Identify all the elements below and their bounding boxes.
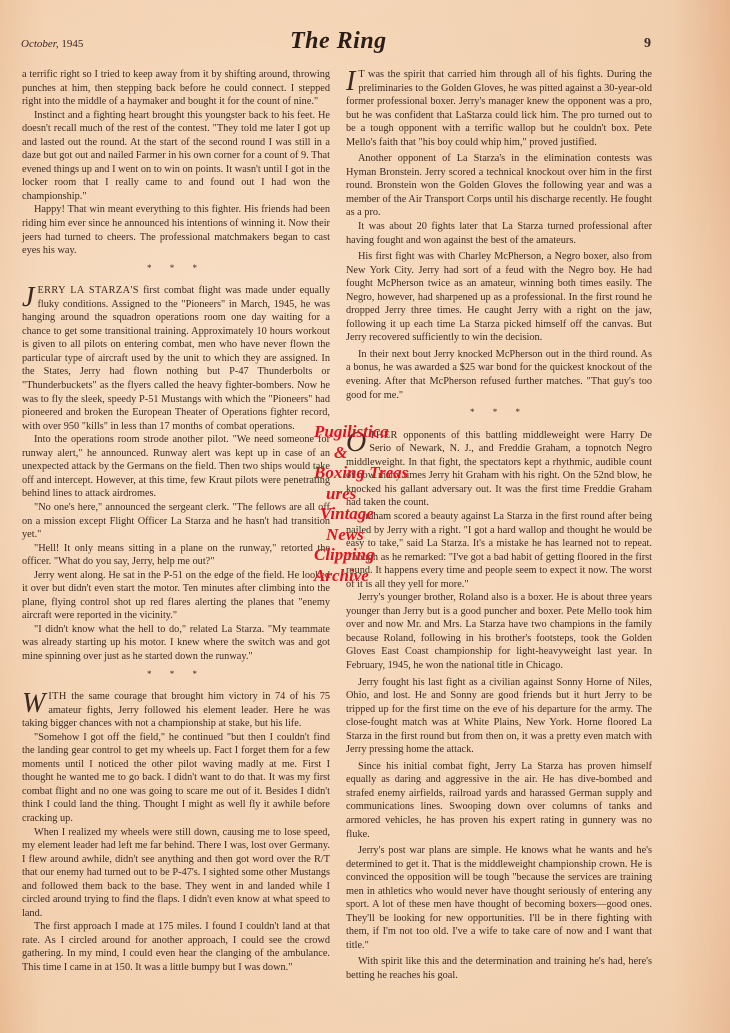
- lead-in-caps: ERRY LA STARZA'S: [37, 285, 138, 296]
- drop-cap: I: [346, 70, 355, 94]
- paragraph: When I realized my wheels were still dow…: [22, 826, 330, 921]
- paragraph: With spirit like this and the determinat…: [346, 955, 652, 982]
- paragraph: Jerry's post war plans are simple. He kn…: [346, 844, 652, 952]
- watermark-line: News: [314, 525, 424, 546]
- paragraph: "I didn't know what the hell to do," rel…: [22, 623, 330, 664]
- paragraph: "Somehow I got off the field," he contin…: [22, 731, 330, 826]
- paragraph-text: first combat flight was made under equal…: [22, 285, 330, 431]
- paragraph: It was about 20 fights later that La Sta…: [346, 220, 652, 247]
- paragraph: Jerry fought his last fight as a civilia…: [346, 676, 652, 757]
- section-separator: * * *: [22, 262, 330, 276]
- issue-date: October, 1945: [21, 38, 83, 50]
- watermark-line: &: [314, 443, 424, 464]
- page-number: 9: [644, 36, 651, 52]
- watermark-line: Vintage: [314, 504, 424, 525]
- section-separator: * * *: [346, 406, 652, 420]
- paragraph: Happy! That win meant everything to this…: [22, 203, 330, 257]
- section-separator: * * *: [22, 668, 330, 682]
- drop-cap: W: [22, 692, 45, 716]
- paragraph-text: the same courage that brought him victor…: [22, 691, 330, 729]
- magazine-title: The Ring: [290, 28, 387, 55]
- watermark-line: Archive: [314, 566, 424, 587]
- paragraph: Another opponent of La Starza's in the e…: [346, 152, 652, 220]
- paragraph-text: T was the spirit that carried him throug…: [346, 69, 652, 148]
- drop-cap: J: [22, 286, 34, 310]
- watermark-line: Boxing Treas: [314, 463, 424, 484]
- watermark-line: Clipping: [314, 545, 424, 566]
- magazine-page: October, 1945 The Ring 9 a terrific righ…: [0, 0, 730, 1033]
- section-lead-paragraph: JERRY LA STARZA'S first combat flight wa…: [22, 284, 330, 433]
- paragraph: Since his initial combat fight, Jerry La…: [346, 760, 652, 841]
- section-lead-paragraph: IT was the spirit that carried him throu…: [346, 68, 652, 149]
- paragraph: Into the operations room strode another …: [22, 433, 330, 501]
- left-column: a terrific right so I tried to keep away…: [22, 68, 330, 975]
- issue-year: 1945: [61, 38, 83, 50]
- paragraph: "Hell! It only means sitting in a plane …: [22, 542, 330, 569]
- paragraph: a terrific right so I tried to keep away…: [22, 68, 330, 109]
- page-header: October, 1945 The Ring 9: [0, 0, 730, 64]
- lead-in-caps: ITH: [48, 691, 66, 702]
- watermark-line: Pugilistica: [314, 422, 424, 443]
- paragraph: Instinct and a fighting heart brought th…: [22, 109, 330, 204]
- section-lead-paragraph: WITH the same courage that brought him v…: [22, 690, 330, 731]
- issue-month: October,: [21, 38, 59, 50]
- archive-watermark: Pugilistica & Boxing Treas ures Vintage …: [314, 422, 424, 586]
- watermark-line: ures: [314, 484, 424, 505]
- paragraph: His first fight was with Charley McPhers…: [346, 250, 652, 345]
- paragraph: Jerry's younger brother, Roland also is …: [346, 591, 652, 672]
- paragraph: The first approach I made at 175 miles. …: [22, 920, 330, 974]
- paragraph: Jerry went along. He sat in the P-51 on …: [22, 569, 330, 623]
- paragraph: In their next bout Jerry knocked McPhers…: [346, 348, 652, 402]
- paragraph: "No one's here," announced the sergeant …: [22, 501, 330, 542]
